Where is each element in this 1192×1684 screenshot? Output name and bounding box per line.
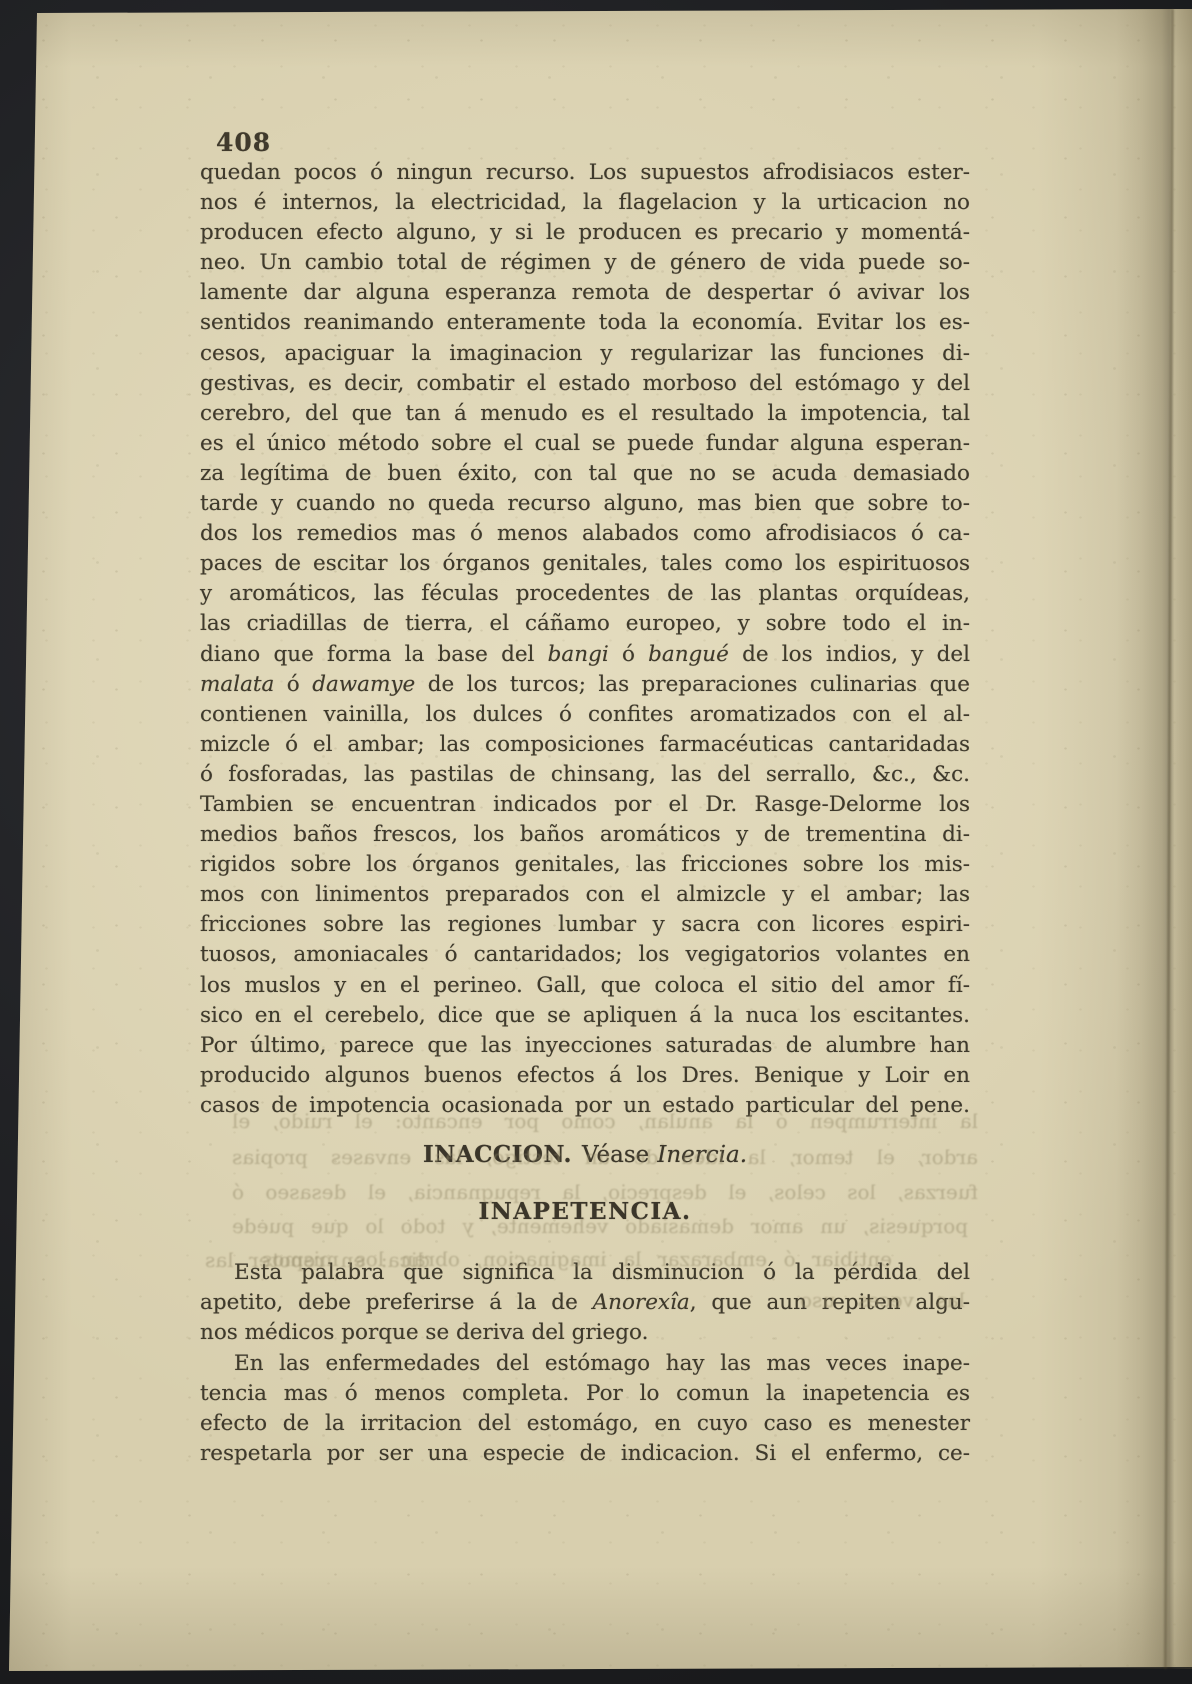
text-line: mizcle ó el ambar; las composiciones far… bbox=[200, 730, 970, 760]
text-line: ó fosforadas, las pastilas de chinsang, … bbox=[200, 760, 970, 790]
text-line: cesos, apaciguar la imaginacion y regula… bbox=[200, 339, 970, 369]
entry-term-inapetencia: INAPETENCIA. bbox=[478, 1198, 691, 1225]
text-line: efecto de la irritacion del estomágo, en… bbox=[200, 1409, 970, 1439]
see-also-label: Véase bbox=[582, 1142, 649, 1168]
text-line: apetito, debe preferirse á la de Anorexî… bbox=[200, 1288, 970, 1318]
text-line: En las enfermedades del estómago hay las… bbox=[200, 1349, 970, 1379]
text-line: diano que forma la base del bangi ó bang… bbox=[200, 640, 970, 670]
photograph-background: 408 quedan pocos ó ningun recurso. Los s… bbox=[0, 0, 1192, 1684]
text-line: cerebro, del que tan á menudo es el resu… bbox=[200, 399, 970, 429]
text-line: malata ó dawamye de los turcos; las prep… bbox=[200, 670, 970, 700]
text-line: mos con linimentos preparados con el alm… bbox=[200, 880, 970, 910]
entry-term-inaccion: INACCION. bbox=[423, 1141, 572, 1168]
page-number: 408 bbox=[216, 128, 271, 157]
text-line: producen efecto alguno, y si le producen… bbox=[200, 218, 970, 248]
text-line: tuosos, amoniacales ó cantaridados; los … bbox=[200, 940, 970, 970]
text-line: Por último, parece que las inyecciones s… bbox=[200, 1031, 970, 1061]
text-line: Esta palabra que significa la disminucio… bbox=[200, 1258, 970, 1288]
text-line: es el único método sobre el cual se pued… bbox=[200, 429, 970, 459]
text-line: Tambien se encuentran indicados por el D… bbox=[200, 790, 970, 820]
text-line: neo. Un cambio total de régimen y de gén… bbox=[200, 248, 970, 278]
text-line: nos médicos porque se deriva del griego. bbox=[200, 1318, 970, 1348]
paragraph-impotencia-continuation: quedan pocos ó ningun recurso. Los supue… bbox=[200, 158, 970, 1121]
text-line: tarde y cuando no queda recurso alguno, … bbox=[200, 489, 970, 519]
text-line: sico en el cerebelo, dice que se aplique… bbox=[200, 1001, 970, 1031]
text-line: rigidos sobre los órganos genitales, las… bbox=[200, 850, 970, 880]
text-line: las criadillas de tierra, el cáñamo euro… bbox=[200, 609, 970, 639]
paragraph-esta-palabra: Esta palabra que significa la disminucio… bbox=[200, 1258, 970, 1348]
text-line: za legítima de buen éxito, con tal que n… bbox=[200, 459, 970, 489]
text-line: contienen vainilla, los dulces ó confite… bbox=[200, 700, 970, 730]
text-line: paces de escitar los órganos genitales, … bbox=[200, 549, 970, 579]
text-line: y aromáticos, las féculas procedentes de… bbox=[200, 579, 970, 609]
text-line: lamente dar alguna esperanza remota de d… bbox=[200, 278, 970, 308]
text-line: gestivas, es decir, combatir el estado m… bbox=[200, 369, 970, 399]
cross-reference-inercia: Inercia. bbox=[657, 1142, 747, 1168]
text-line: fricciones sobre las regiones lumbar y s… bbox=[200, 910, 970, 940]
text-line: medios baños frescos, los baños aromátic… bbox=[200, 820, 970, 850]
entry-heading-inapetencia: INAPETENCIA. bbox=[200, 1198, 970, 1225]
text-line: sentidos reanimando enteramente toda la … bbox=[200, 308, 970, 338]
text-line: respetarla por ser una especie de indica… bbox=[200, 1439, 970, 1469]
text-line: quedan pocos ó ningun recurso. Los supue… bbox=[200, 158, 970, 188]
page-surface: 408 quedan pocos ó ningun recurso. Los s… bbox=[0, 0, 1192, 1684]
text-line: dos los remedios mas ó menos alabados co… bbox=[200, 519, 970, 549]
text-line: tencia mas ó menos completa. Por lo comu… bbox=[200, 1379, 970, 1409]
text-line: los muslos y en el perineo. Gall, que co… bbox=[200, 971, 970, 1001]
text-line: nos é internos, la electricidad, la flag… bbox=[200, 188, 970, 218]
paragraph-en-las-enfermedades: En las enfermedades del estómago hay las… bbox=[200, 1349, 970, 1469]
text-line: producido algunos buenos efectos á los D… bbox=[200, 1061, 970, 1091]
text-line: casos de impotencia ocasionada por un es… bbox=[200, 1091, 970, 1121]
entry-heading-inaccion: INACCION.VéaseInercia. bbox=[200, 1141, 970, 1168]
